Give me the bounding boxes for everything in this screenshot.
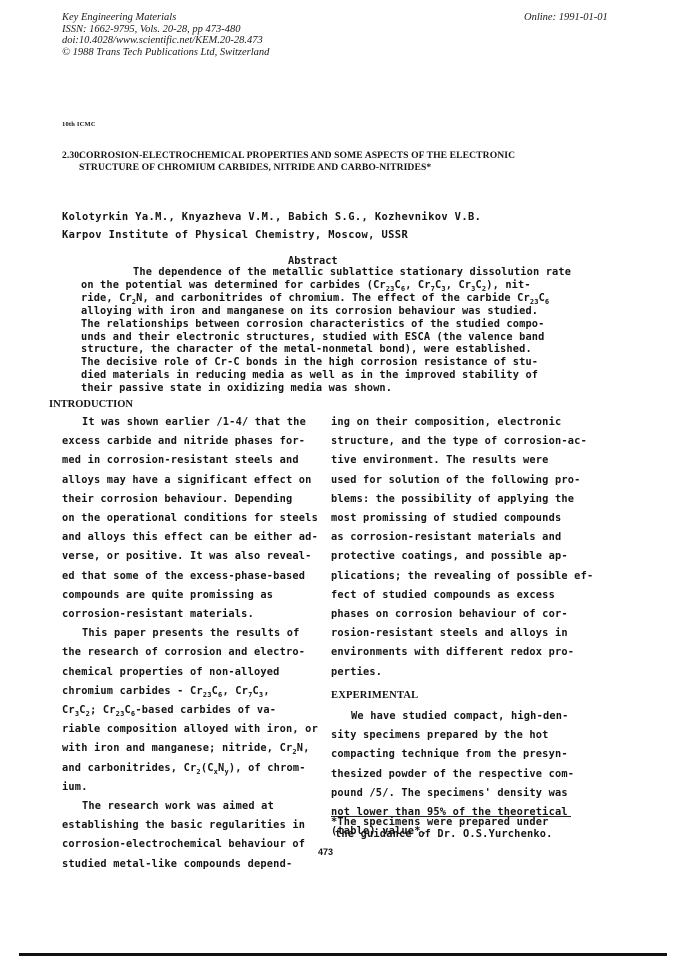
- doi-line: doi:10.4028/www.scientific.net/KEM.20-28…: [62, 35, 269, 47]
- body-line: excess carbide and nitride phases for-: [62, 432, 317, 451]
- body-line: We have studied compact, high-den-: [331, 707, 586, 726]
- body-line: corrosion-electrochemical behaviour of: [62, 835, 317, 854]
- body-line: corrosion-resistant materials.: [62, 605, 317, 624]
- body-line: verse, or positive. It was also reveal-: [62, 547, 317, 566]
- body-line: alloys may have a significant effect on: [62, 471, 317, 490]
- footnote: *The specimens were prepared under the g…: [331, 816, 581, 841]
- body-line: structure, and the type of corrosion-ac-: [331, 432, 586, 451]
- scan-edge-rule: [19, 953, 667, 956]
- body-line: phases on corrosion behaviour of cor-: [331, 605, 586, 624]
- body-line: This paper presents the results of: [62, 624, 317, 643]
- abstract-body: The dependence of the metallic sublattic…: [81, 266, 601, 395]
- author-list: Kolotyrkin Ya.M., Knyazheva V.M., Babich…: [62, 208, 481, 226]
- body-line: thesized powder of the respective com-: [331, 765, 586, 784]
- body-line: perties.: [331, 663, 586, 682]
- body-line: med in corrosion-resistant steels and: [62, 451, 317, 470]
- body-line: protective coatings, and possible ap-: [331, 547, 586, 566]
- abstract-line: The relationships between corrosion char…: [81, 318, 601, 331]
- abstract-line: The dependence of the metallic sublattic…: [81, 266, 601, 279]
- body-line: riable composition alloyed with iron, or: [62, 720, 317, 739]
- body-line: compacting technique from the presyn-: [331, 745, 586, 764]
- body-line: fect of studied compounds as excess: [331, 586, 586, 605]
- left-column: It was shown earlier /1-4/ that the exce…: [62, 413, 317, 874]
- abstract-line: The decisive role of Cr-C bonds in the h…: [81, 356, 601, 369]
- journal-name: Key Engineering Materials: [62, 12, 269, 24]
- body-line: on the operational conditions for steels: [62, 509, 317, 528]
- abstract-line: alloying with iron and manganese on its …: [81, 305, 601, 318]
- body-line: the research of corrosion and electro-: [62, 643, 317, 662]
- publication-metadata: Key Engineering Materials ISSN: 1662-979…: [62, 12, 269, 58]
- body-line: The research work was aimed at: [62, 797, 317, 816]
- affiliation: Karpov Institute of Physical Chemistry, …: [62, 226, 481, 244]
- abstract-line: ride, Cr2N, and carbonitrides of chromiu…: [81, 292, 601, 305]
- abstract-line: unds and their electronic structures, st…: [81, 331, 601, 344]
- abstract-line: on the potential was determined for carb…: [81, 279, 601, 292]
- paper-title: 2.30.CORROSION-ELECTROCHEMICAL PROPERTIE…: [62, 150, 622, 174]
- body-line: tive environment. The results were: [331, 451, 586, 470]
- online-date: Online: 1991-01-01: [524, 12, 608, 23]
- issn-line: ISSN: 1662-9795, Vols. 20-28, pp 473-480: [62, 24, 269, 36]
- body-line: with iron and manganese; nitride, Cr2N,: [62, 739, 317, 758]
- section-number: 2.30.: [62, 150, 79, 162]
- body-line: establishing the basic regularities in: [62, 816, 317, 835]
- body-line: studied metal-like compounds depend-: [62, 855, 317, 874]
- copyright-line: © 1988 Trans Tech Publications Ltd, Swit…: [62, 47, 269, 59]
- body-line: ing on their composition, electronic: [331, 413, 586, 432]
- introduction-heading: INTRODUCTION: [49, 399, 133, 410]
- body-line: ium.: [62, 778, 317, 797]
- body-line: used for solution of the following pro-: [331, 471, 586, 490]
- title-line-1: CORROSION-ELECTROCHEMICAL PROPERTIES AND…: [79, 150, 515, 161]
- experimental-heading: EXPERIMENTAL: [331, 686, 586, 705]
- body-line: It was shown earlier /1-4/ that the: [62, 413, 317, 432]
- conference-label: 10th ICMC: [62, 121, 96, 128]
- body-line: and carbonitrides, Cr2(CxNy), of chrom-: [62, 759, 317, 778]
- body-line: chemical properties of non-alloyed: [62, 663, 317, 682]
- abstract-line: structure, the character of the metal-no…: [81, 343, 601, 356]
- footnote-line-2: the guidance of Dr. O.S.Yurchenko.: [331, 828, 581, 840]
- body-line: ed that some of the excess-phase-based: [62, 567, 317, 586]
- body-line: most promissing of studied compounds: [331, 509, 586, 528]
- author-block: Kolotyrkin Ya.M., Knyazheva V.M., Babich…: [62, 208, 481, 244]
- body-line: chromium carbides - Cr23C6, Cr7C3,: [62, 682, 317, 701]
- body-line: compounds are quite promissing as: [62, 586, 317, 605]
- body-line: their corrosion behaviour. Depending: [62, 490, 317, 509]
- body-line: Cr3C2; Cr23C6-based carbides of va-: [62, 701, 317, 720]
- body-line: plications; the revealing of possible ef…: [331, 567, 586, 586]
- footnote-line-1: *The specimens were prepared under: [331, 816, 581, 828]
- body-line: rosion-resistant steels and alloys in: [331, 624, 586, 643]
- abstract-line: their passive state in oxidizing media w…: [81, 382, 601, 395]
- right-column: ing on their composition, electronic str…: [331, 413, 586, 841]
- title-line-2: STRUCTURE OF CHROMIUM CARBIDES, NITRIDE …: [62, 162, 622, 174]
- abstract-line: died materials in reducing media as well…: [81, 369, 601, 382]
- body-line: pound /5/. The specimens' density was: [331, 784, 586, 803]
- body-line: and alloys this effect can be either ad-: [62, 528, 317, 547]
- page-number: 473: [318, 847, 333, 857]
- body-line: as corrosion-resistant materials and: [331, 528, 586, 547]
- body-line: environments with different redox pro-: [331, 643, 586, 662]
- body-line: blems: the possibility of applying the: [331, 490, 586, 509]
- body-line: sity specimens prepared by the hot: [331, 726, 586, 745]
